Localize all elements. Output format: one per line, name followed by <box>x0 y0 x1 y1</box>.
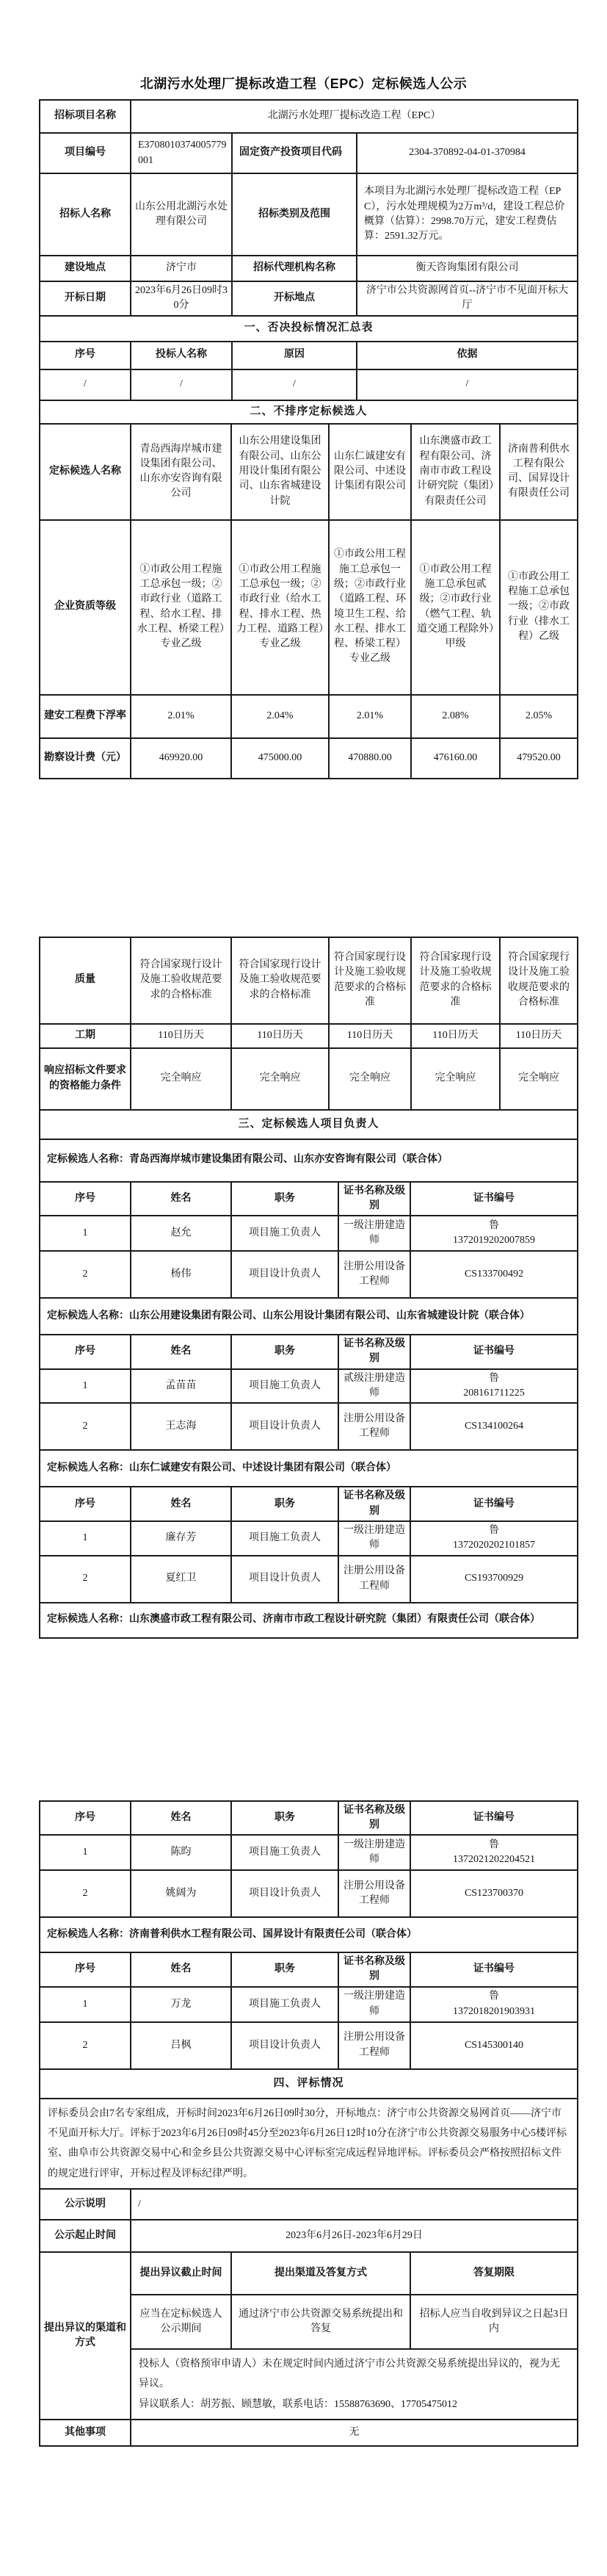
candidate-name-cell: 山东公用建设集团有限公司、山东公用设计集团有限公司、山东省城建设计院 <box>231 424 329 520</box>
fee-cell: 476160.00 <box>411 738 500 779</box>
column-header: 证书名称及级别 <box>338 1182 410 1216</box>
rejection-header-row: 序号 投标人名称 原因 依据 <box>40 342 578 369</box>
person-cert-name: 注册公用设备工程师 <box>338 1556 410 1603</box>
info-label: 招标项目名称 <box>40 100 131 133</box>
person-no: 1 <box>40 1369 131 1404</box>
person-role: 项目设计负责人 <box>231 1556 338 1603</box>
column-header: 答复期限 <box>410 2252 578 2295</box>
duration-cell: 110日历天 <box>329 1024 411 1048</box>
person-row: 1 孟苗苗 项目施工负责人 贰级注册建造师 鲁 208161711225 <box>40 1369 578 1404</box>
notice-period-row: 公示起止时间 2023年6月26日-2023年6月29日 <box>40 2220 578 2252</box>
person-cert-name: 注册公用设备工程师 <box>338 1251 410 1298</box>
person-role: 项目施工负责人 <box>231 1987 338 2022</box>
candidate-group-name: 定标候选人名称：青岛西海岸城市建设集团有限公司、山东亦安咨询有限公司（联合体） <box>40 1139 578 1182</box>
column-header: 证书名称及级别 <box>338 1335 410 1369</box>
row-label: 工期 <box>40 1024 131 1048</box>
person-cert-name: 一级注册建造师 <box>338 1521 410 1556</box>
discount-cell: 2.01% <box>329 695 411 738</box>
column-header: 证书编号 <box>410 1487 578 1521</box>
column-header: 序号 <box>40 1801 131 1836</box>
qualification-cell: ①市政公用工程施工总承包一级；②市政行业（道路工程、环境卫生工程、给水工程、排水… <box>329 520 411 695</box>
discount-rate-row: 建安工程费下浮率 2.01% 2.04% 2.01% 2.08% 2.05% <box>40 695 578 738</box>
response-cell: 完全响应 <box>411 1048 500 1110</box>
rejection-cell: / <box>40 369 131 400</box>
person-no: 1 <box>40 1835 131 1870</box>
person-no: 2 <box>40 2022 131 2069</box>
notice-explain-row: 公示说明 / <box>40 2189 578 2220</box>
candidate-group-name: 定标候选人名称：山东仁诚建安有限公司、中述设计集团有限公司（联合体） <box>40 1450 578 1487</box>
fee-cell: 475000.00 <box>231 738 329 779</box>
info-value: 2304-370892-04-01-370984 <box>357 133 578 173</box>
page-break-gap <box>0 1639 607 1800</box>
column-header: 序号 <box>40 1952 131 1987</box>
response-cell: 完全响应 <box>500 1048 578 1110</box>
announcement-document: 北湖污水处理厂提标改造工程（EPC）定标候选人公示 招标项目名称 北湖污水处理厂… <box>0 0 607 2576</box>
group-name-row: 定标候选人名称：山东澳盛市政工程有限公司、济南市市政工程设计研究院（集团）有限责… <box>40 1603 578 1638</box>
other-matters-row: 其他事项 无 <box>40 2420 578 2446</box>
response-cell: 完全响应 <box>329 1048 411 1110</box>
row-label: 定标候选人名称 <box>40 424 131 520</box>
column-header: 职务 <box>231 1801 338 1836</box>
info-value: 2023年6月26日09时30分 <box>131 281 232 316</box>
table-row: 招标项目名称 北湖污水处理厂提标改造工程（EPC） <box>40 100 578 133</box>
person-cert-no: CS145300140 <box>410 2022 578 2069</box>
candidate-group-name: 定标候选人名称：济南普利供水工程有限公司、国昇设计有限责任公司（联合体） <box>40 1917 578 1952</box>
person-role: 项目施工负责人 <box>231 1369 338 1404</box>
info-label: 开标日期 <box>40 281 131 316</box>
person-row: 2 吕枫 项目设计负责人 注册公用设备工程师 CS145300140 <box>40 2022 578 2069</box>
qualification-cell: ①市政公用工程施工总承包一级；②市政行业（排水工程）乙级 <box>500 520 578 695</box>
column-header: 证书编号 <box>410 1335 578 1369</box>
info-label: 招标代理机构名称 <box>232 256 357 281</box>
column-header: 职务 <box>231 1182 338 1216</box>
person-header-row: 序号 姓名 职务 证书名称及级别 证书编号 <box>40 1801 578 1836</box>
person-name: 杨伟 <box>131 1251 231 1298</box>
objection-reply-limit: 招标人应当自收到异议之日起3日内 <box>410 2295 578 2349</box>
person-name: 姚阔为 <box>131 1870 231 1917</box>
section2-title: 二、不排序定标候选人 <box>40 400 578 424</box>
section3-title: 三、定标候选人项目负责人 <box>40 1110 578 1139</box>
person-row: 2 杨伟 项目设计负责人 注册公用设备工程师 CS133700492 <box>40 1251 578 1298</box>
discount-cell: 2.08% <box>411 695 500 738</box>
candidate-name-cell: 青岛西海岸城市建设集团有限公司、山东亦安咨询有限公司 <box>131 424 231 520</box>
person-cert-name: 一级注册建造师 <box>338 1216 410 1251</box>
qualification-cell: ①市政公用工程施工总承包一级；②市政行业（道路工程、给水工程、排水工程、桥梁工程… <box>131 520 231 695</box>
person-no: 2 <box>40 1870 131 1917</box>
objection-note: 投标人（资格预审申请人）未在规定时间内通过济宁市公共资源交易系统提出异议的，视为… <box>131 2349 578 2420</box>
candidate-name-cell: 山东仁诚建安有限公司、中述设计集团有限公司 <box>329 424 411 520</box>
section2-title-row: 二、不排序定标候选人 <box>40 400 578 424</box>
column-header: 序号 <box>40 1487 131 1521</box>
section4-title-row: 四、评标情况 <box>40 2069 578 2099</box>
row-label: 勘察设计费（元） <box>40 738 131 779</box>
quality-cell: 符合国家现行设计及施工验收规范要求的合格标准 <box>500 937 578 1024</box>
section4-title: 四、评标情况 <box>40 2069 578 2099</box>
duration-cell: 110日历天 <box>131 1024 231 1048</box>
column-header: 姓名 <box>131 1801 231 1836</box>
group-name-row: 定标候选人名称：山东仁诚建安有限公司、中述设计集团有限公司（联合体） <box>40 1450 578 1487</box>
column-header: 职务 <box>231 1335 338 1369</box>
discount-cell: 2.01% <box>131 695 231 738</box>
person-name: 王志海 <box>131 1403 231 1450</box>
column-header: 证书名称及级别 <box>338 1952 410 1987</box>
column-header: 证书名称及级别 <box>338 1487 410 1521</box>
column-header: 序号 <box>40 1182 131 1216</box>
person-role: 项目设计负责人 <box>231 1251 338 1298</box>
notice-explain-value: / <box>131 2189 578 2220</box>
discount-cell: 2.05% <box>500 695 578 738</box>
notice-period-value: 2023年6月26日-2023年6月29日 <box>131 2220 578 2252</box>
column-header: 序号 <box>40 1335 131 1369</box>
person-cert-no: 鲁 1372021202204521 <box>410 1835 578 1870</box>
info-value: E3708010374005779001 <box>131 133 232 173</box>
response-cell: 完全响应 <box>231 1048 329 1110</box>
column-header: 提出渠道及答复方式 <box>231 2252 410 2295</box>
info-label: 建设地点 <box>40 256 131 281</box>
person-role: 项目设计负责人 <box>231 1870 338 1917</box>
person-header-row: 序号 姓名 职务 证书名称及级别 证书编号 <box>40 1487 578 1521</box>
quality-row: 质量 符合国家现行设计及施工验收规范要求的合格标准 符合国家现行设计及施工验收规… <box>40 937 578 1024</box>
person-row: 2 夏红卫 项目设计负责人 注册公用设备工程师 CS193700929 <box>40 1556 578 1603</box>
row-label: 其他事项 <box>40 2420 131 2446</box>
person-cert-name: 贰级注册建造师 <box>338 1369 410 1404</box>
column-header: 证书名称及级别 <box>338 1801 410 1836</box>
column-header: 职务 <box>231 1487 338 1521</box>
person-role: 项目设计负责人 <box>231 1403 338 1450</box>
table-row: 建设地点 济宁市 招标代理机构名称 衡天咨询集团有限公司 <box>40 256 578 281</box>
quality-cell: 符合国家现行设计及施工验收规范要求的合格标准 <box>231 937 329 1024</box>
page-title: 北湖污水处理厂提标改造工程（EPC）定标候选人公示 <box>0 0 607 93</box>
person-row: 2 王志海 项目设计负责人 注册公用设备工程师 CS134100264 <box>40 1403 578 1450</box>
column-header: 提出异议截止时间 <box>131 2252 231 2295</box>
project-info-table: 招标项目名称 北湖污水处理厂提标改造工程（EPC） 项目编号 E37080103… <box>39 99 578 401</box>
rejection-data-row: / / / / <box>40 369 578 400</box>
evaluation-summary: 评标委员会由7名专家组成，开标时间2023年6月26日09时30分，开标地点：济… <box>40 2099 578 2189</box>
quality-cell: 符合国家现行设计及施工验收规范要求的合格标准 <box>329 937 411 1024</box>
objection-table: 提出异议的渠道和方式 提出异议截止时间 提出渠道及答复方式 答复期限 应当在定标… <box>39 2251 578 2447</box>
info-value: 北湖污水处理厂提标改造工程（EPC） <box>131 100 578 133</box>
info-label: 招标人名称 <box>40 173 131 256</box>
column-header: 投标人名称 <box>131 342 232 369</box>
row-label: 企业资质等级 <box>40 520 131 695</box>
column-header: 原因 <box>232 342 357 369</box>
section1-title: 一、否决投标情况汇总表 <box>40 316 578 342</box>
duration-cell: 110日历天 <box>500 1024 578 1048</box>
fee-cell: 479520.00 <box>500 738 578 779</box>
objection-header-row: 提出异议的渠道和方式 提出异议截止时间 提出渠道及答复方式 答复期限 <box>40 2252 578 2295</box>
person-cert-name: 注册公用设备工程师 <box>338 1403 410 1450</box>
person-name: 万龙 <box>131 1987 231 2022</box>
person-role: 项目施工负责人 <box>231 1521 338 1556</box>
person-cert-no: 鲁 1372020202101857 <box>410 1521 578 1556</box>
person-row: 1 赵允 项目施工负责人 一级注册建造师 鲁 1372019202007859 <box>40 1216 578 1251</box>
info-label: 项目编号 <box>40 133 131 173</box>
person-no: 1 <box>40 1216 131 1251</box>
column-header: 姓名 <box>131 1487 231 1521</box>
column-header: 证书编号 <box>410 1182 578 1216</box>
design-fee-row: 勘察设计费（元） 469920.00 475000.00 470880.00 4… <box>40 738 578 779</box>
duration-cell: 110日历天 <box>411 1024 500 1048</box>
column-header: 证书编号 <box>410 1952 578 1987</box>
fee-cell: 469920.00 <box>131 738 231 779</box>
qualification-cell: ①市政公用工程施工总承包一级；②市政行业（给水工程、排水工程、热力工程、道路工程… <box>231 520 329 695</box>
person-header-row: 序号 姓名 职务 证书名称及级别 证书编号 <box>40 1182 578 1216</box>
rejection-cell: / <box>131 369 232 400</box>
section3-title-row: 三、定标候选人项目负责人 <box>40 1110 578 1139</box>
quality-cell: 符合国家现行设计及施工验收规范要求的合格标准 <box>411 937 500 1024</box>
person-role: 项目设计负责人 <box>231 2022 338 2069</box>
person-name: 夏红卫 <box>131 1556 231 1603</box>
response-row: 响应招标文件要求的资格能力条件 完全响应 完全响应 完全响应 完全响应 完全响应 <box>40 1048 578 1110</box>
person-no: 1 <box>40 1521 131 1556</box>
person-cert-no: 鲁 1372018201903931 <box>410 1987 578 2022</box>
person-header-row: 序号 姓名 职务 证书名称及级别 证书编号 <box>40 1335 578 1369</box>
row-label: 建安工程费下浮率 <box>40 695 131 738</box>
person-cert-no: CS133700492 <box>410 1251 578 1298</box>
candidate-name-cell: 济南普利供水工程有限公司、国昇设计有限责任公司 <box>500 424 578 520</box>
candidates-table-continued: 质量 符合国家现行设计及施工验收规范要求的合格标准 符合国家现行设计及施工验收规… <box>39 937 578 1111</box>
person-name: 廉存芳 <box>131 1521 231 1556</box>
discount-cell: 2.04% <box>231 695 329 738</box>
column-header: 职务 <box>231 1952 338 1987</box>
info-label: 招标类别及范围 <box>232 173 357 256</box>
column-header: 姓名 <box>131 1182 231 1216</box>
person-no: 2 <box>40 1556 131 1603</box>
row-label: 质量 <box>40 937 131 1024</box>
candidate-names-row: 定标候选人名称 青岛西海岸城市建设集团有限公司、山东亦安咨询有限公司 山东公用建… <box>40 424 578 520</box>
info-label: 开标地点 <box>232 281 357 316</box>
person-role: 项目施工负责人 <box>231 1216 338 1251</box>
column-header: 依据 <box>357 342 578 369</box>
person-cert-no: 鲁 1372019202007859 <box>410 1216 578 1251</box>
person-cert-no: 鲁 208161711225 <box>410 1369 578 1404</box>
qualification-cell: ①市政公用工程施工总承包贰级；②市政行业（燃气工程、轨道交通工程除外）甲级 <box>411 520 500 695</box>
other-matters-value: 无 <box>131 2420 578 2446</box>
person-no: 1 <box>40 1987 131 2022</box>
section1-title-row: 一、否决投标情况汇总表 <box>40 316 578 342</box>
column-header: 姓名 <box>131 1952 231 1987</box>
candidate-name-cell: 山东澳盛市政工程有限公司、济南市市政工程设计研究院（集团）有限责任公司 <box>411 424 500 520</box>
rejection-cell: / <box>357 369 578 400</box>
fee-cell: 470880.00 <box>329 738 411 779</box>
person-name: 孟苗苗 <box>131 1369 231 1404</box>
info-label: 固定资产投资项目代码 <box>232 133 357 173</box>
row-label: 响应招标文件要求的资格能力条件 <box>40 1048 131 1110</box>
candidates-table: 二、不排序定标候选人 定标候选人名称 青岛西海岸城市建设集团有限公司、山东亦安咨… <box>39 400 578 779</box>
table-row: 招标人名称 山东公用北湖污水处理有限公司 招标类别及范围 本项目为北湖污水处理厂… <box>40 173 578 256</box>
person-header-row: 序号 姓名 职务 证书名称及级别 证书编号 <box>40 1952 578 1987</box>
person-no: 2 <box>40 1403 131 1450</box>
info-value: 济宁市公共资源网首页--济宁市不见面开标大厅 <box>357 281 578 316</box>
row-label: 提出异议的渠道和方式 <box>40 2252 131 2420</box>
duration-row: 工期 110日历天 110日历天 110日历天 110日历天 110日历天 <box>40 1024 578 1048</box>
person-cert-name: 注册公用设备工程师 <box>338 2022 410 2069</box>
candidate-group-name: 定标候选人名称：山东公用建设集团有限公司、山东公用设计集团有限公司、山东省城建设… <box>40 1298 578 1335</box>
group-name-row: 定标候选人名称：青岛西海岸城市建设集团有限公司、山东亦安咨询有限公司（联合体） <box>40 1139 578 1182</box>
person-cert-name: 一级注册建造师 <box>338 1987 410 2022</box>
group-name-row: 定标候选人名称：济南普利供水工程有限公司、国昇设计有限责任公司（联合体） <box>40 1917 578 1952</box>
project-leaders-table-continued: 序号 姓名 职务 证书名称及级别 证书编号 1 陈昀 项目施工负责人 一级注册建… <box>39 1800 578 2253</box>
info-value: 济宁市 <box>131 256 232 281</box>
person-cert-name: 一级注册建造师 <box>338 1835 410 1870</box>
table-row: 项目编号 E3708010374005779001 固定资产投资项目代码 230… <box>40 133 578 173</box>
table-row: 开标日期 2023年6月26日09时30分 开标地点 济宁市公共资源网首页--济… <box>40 281 578 316</box>
info-value: 衡天咨询集团有限公司 <box>357 256 578 281</box>
column-header: 姓名 <box>131 1335 231 1369</box>
qualification-row: 企业资质等级 ①市政公用工程施工总承包一级；②市政行业（道路工程、给水工程、排水… <box>40 520 578 695</box>
page-break-gap <box>0 779 607 937</box>
response-cell: 完全响应 <box>131 1048 231 1110</box>
row-label: 公示说明 <box>40 2189 131 2220</box>
info-value: 山东公用北湖污水处理有限公司 <box>131 173 232 256</box>
duration-cell: 110日历天 <box>231 1024 329 1048</box>
person-no: 2 <box>40 1251 131 1298</box>
evaluation-summary-row: 评标委员会由7名专家组成，开标时间2023年6月26日09时30分，开标地点：济… <box>40 2099 578 2189</box>
column-header: 证书编号 <box>410 1801 578 1836</box>
rejection-cell: / <box>232 369 357 400</box>
row-label: 公示起止时间 <box>40 2220 131 2252</box>
person-cert-no: CS123700370 <box>410 1870 578 1917</box>
person-row: 1 廉存芳 项目施工负责人 一级注册建造师 鲁 1372020202101857 <box>40 1521 578 1556</box>
person-cert-no: CS134100264 <box>410 1403 578 1450</box>
person-row: 2 姚阔为 项目设计负责人 注册公用设备工程师 CS123700370 <box>40 1870 578 1917</box>
project-leaders-table: 三、定标候选人项目负责人 定标候选人名称：青岛西海岸城市建设集团有限公司、山东亦… <box>39 1109 578 1639</box>
info-value: 本项目为北湖污水处理厂提标改造工程（EPC），污水处理规模为2万m³/d，建设工… <box>357 173 578 256</box>
person-row: 1 万龙 项目施工负责人 一级注册建造师 鲁 1372018201903931 <box>40 1987 578 2022</box>
quality-cell: 符合国家现行设计及施工验收规范要求的合格标准 <box>131 937 231 1024</box>
person-name: 赵允 <box>131 1216 231 1251</box>
objection-deadline: 应当在定标候选人公示期间 <box>131 2295 231 2349</box>
group-name-row: 定标候选人名称：山东公用建设集团有限公司、山东公用设计集团有限公司、山东省城建设… <box>40 1298 578 1335</box>
objection-channel: 通过济宁市公共资源交易系统提出和答复 <box>231 2295 410 2349</box>
candidate-group-name: 定标候选人名称：山东澳盛市政工程有限公司、济南市市政工程设计研究院（集团）有限责… <box>40 1603 578 1638</box>
column-header: 序号 <box>40 342 131 369</box>
person-name: 陈昀 <box>131 1835 231 1870</box>
person-name: 吕枫 <box>131 2022 231 2069</box>
person-cert-no: CS193700929 <box>410 1556 578 1603</box>
person-cert-name: 注册公用设备工程师 <box>338 1870 410 1917</box>
person-row: 1 陈昀 项目施工负责人 一级注册建造师 鲁 1372021202204521 <box>40 1835 578 1870</box>
person-role: 项目施工负责人 <box>231 1835 338 1870</box>
